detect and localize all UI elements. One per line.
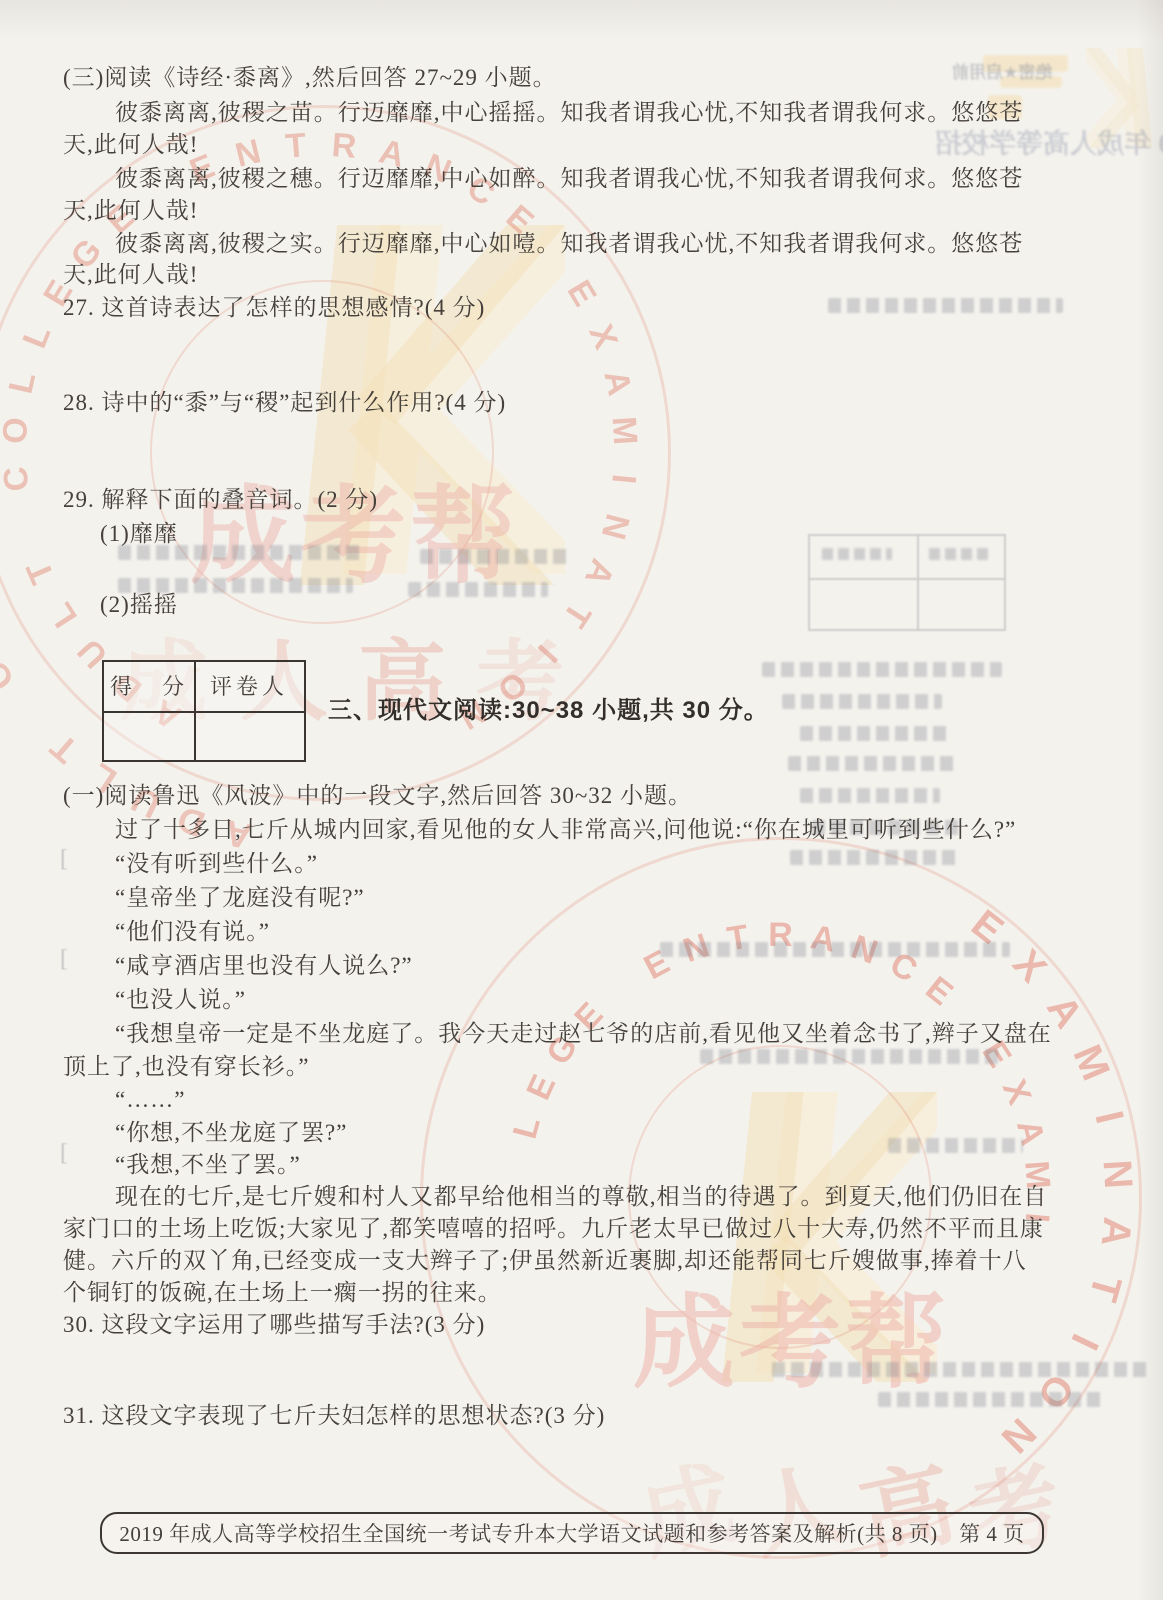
stamp-ring-letter: I bbox=[601, 453, 644, 504]
text-line: 30. 这段文字运用了哪些描写手法?(3 分) bbox=[63, 1311, 485, 1339]
stamp-ring-letter: T bbox=[33, 717, 97, 780]
stamp-ring-letter: A bbox=[571, 542, 626, 602]
ghost-text-line bbox=[788, 756, 958, 771]
stamp-ring-letter: C bbox=[0, 453, 39, 504]
ghost-text-line bbox=[878, 1392, 1103, 1407]
stamp-ring-letter: M bbox=[1061, 1032, 1121, 1094]
footer-text: 2019 年成人高等学校招生全国统一考试专升本大学语文试题和参考答案及解析(共 … bbox=[119, 1518, 1024, 1548]
stamp-ring-letter: T bbox=[547, 584, 606, 645]
stamp-inner-character: 人 bbox=[737, 1430, 854, 1578]
score-box-row-divider bbox=[104, 711, 304, 713]
page-footer: 2019 年成人高等学校招生全国统一考试专升本大学语文试题和参考答案及解析(共 … bbox=[100, 1512, 1044, 1554]
text-line: “他们没有说。” bbox=[115, 918, 270, 946]
text-line: 31. 这段文字表现了七斤夫妇怎样的思想状态?(3 分) bbox=[63, 1402, 605, 1430]
stamp-ring-letter: C bbox=[873, 939, 934, 996]
stamp-ring-letter: I bbox=[1054, 1310, 1115, 1373]
grader-label: 评卷人 bbox=[194, 670, 304, 701]
stamp-ring-letter: I bbox=[516, 622, 577, 684]
ghost-text-line bbox=[408, 582, 548, 597]
text-line: 现在的七斤,是七斤嫂和村人又都早给他相当的尊敬,相当的待遇了。到夏天,他们仍旧在… bbox=[115, 1183, 1047, 1211]
stamp-ring-letter: N bbox=[985, 1402, 1051, 1468]
stamp-ring-letter: N bbox=[835, 924, 893, 977]
text-line: (2)摇摇 bbox=[100, 591, 178, 619]
stamp-ring-letter: R bbox=[319, 125, 370, 168]
text-line: 过了十多日,七斤从城内回家,看见他的女人非常高兴,问他说:“你在城里可听到些什么… bbox=[115, 816, 1016, 844]
score-label: 得 分 bbox=[104, 670, 194, 701]
stamp-ring-letter: C bbox=[0, 645, 30, 708]
text-line: 天,此何人哉! bbox=[63, 131, 198, 159]
text-line: “也没人说。” bbox=[115, 986, 246, 1014]
ghost-bracket-mark: [ bbox=[60, 946, 68, 973]
section-three-header: 三、现代文阅读:30~38 小题,共 30 分。 bbox=[328, 690, 769, 725]
tan-bleed-mark bbox=[983, 55, 1068, 72]
ghost-text-line bbox=[800, 788, 940, 803]
stamp-ring-letter: A bbox=[796, 916, 850, 963]
text-line: 29. 解释下面的叠音词。(2 分) bbox=[63, 486, 378, 514]
ghost-cover-title: 2019 年成人高等学校招 bbox=[935, 122, 1163, 161]
ghost-text-line bbox=[420, 549, 570, 564]
stamp-ring-letter: X bbox=[989, 1062, 1044, 1122]
stamp-ring-letter: R bbox=[756, 916, 804, 955]
scanned-exam-page: ADULTCOLLEGEENTRANCEEXAMINATIONADULTCO成人… bbox=[0, 0, 1163, 1600]
ghost-text-line bbox=[772, 1362, 1152, 1377]
stamp-ring-letter: L bbox=[34, 584, 93, 645]
stamp-ring-letter: E bbox=[514, 1058, 569, 1118]
ghost-table-smudge bbox=[822, 548, 892, 560]
text-line: “我想,不坐了罢。” bbox=[115, 1151, 301, 1179]
stamp-ring-letter: A bbox=[593, 355, 642, 410]
stamp-ring-letter: A bbox=[1091, 1205, 1141, 1258]
text-line: (一)阅读鲁迅《风波》中的一段文字,然后回答 30~32 小题。 bbox=[63, 782, 692, 810]
ghost-secret-label: 绝密★启用前 bbox=[952, 58, 1052, 83]
ghost-score-table bbox=[808, 534, 1006, 631]
text-line: “没有听到些什么。” bbox=[115, 850, 318, 878]
stamp-ring-letter: E bbox=[908, 961, 970, 1021]
stamp-ring-letter: O bbox=[1023, 1359, 1087, 1424]
stamp-ring-letter: E bbox=[627, 937, 688, 994]
text-line: “我想皇帝一定是不坐龙庭了。我今天走过赵七爷的店前,看见他又坐着念书了,辫子又盘… bbox=[115, 1020, 1052, 1048]
text-line: 彼黍离离,彼稷之穗。行迈靡靡,中心如醉。知我者谓我心忧,不知我者谓我何求。悠悠苍 bbox=[115, 165, 1023, 193]
ghost-text-line bbox=[762, 662, 1002, 677]
text-line: 顶上了,也没有穿长衫。” bbox=[63, 1053, 309, 1081]
stamp-ring-letter: T bbox=[1076, 1259, 1132, 1317]
ghost-text-line bbox=[828, 298, 1063, 313]
stamp-ring-letter: T bbox=[711, 916, 764, 962]
ghost-text-line bbox=[800, 726, 950, 741]
text-line: 28. 诗中的“黍”与“稷”起到什么作用?(4 分) bbox=[63, 389, 506, 417]
stamp-ring-letter: X bbox=[576, 307, 630, 366]
stamp-ring-letter: T bbox=[14, 542, 69, 602]
stamp-ring-letter: L bbox=[0, 355, 47, 410]
ghost-table-border bbox=[808, 534, 1006, 631]
ghost-table-smudge bbox=[929, 548, 989, 560]
ghost-table-row-divider bbox=[808, 578, 1006, 580]
stamp-ring-letter: O bbox=[0, 405, 37, 455]
ghost-bracket-mark: [ bbox=[60, 1140, 68, 1167]
stamp-ring-letter: L bbox=[502, 1100, 552, 1156]
text-line: 27. 这首诗表达了怎样的思想感情?(4 分) bbox=[63, 294, 485, 322]
brand-watermark-text: 成考帮 bbox=[190, 452, 520, 604]
stamp-ring-letter: E bbox=[954, 895, 1020, 960]
text-line: “……” bbox=[115, 1086, 185, 1114]
brand-watermark-text: 成考帮 bbox=[633, 1262, 951, 1408]
text-line: 家门口的土场上吃饭;大家见了,都笑嘻嘻的招呼。九斤老太早已做过八十大寿,仍然不平… bbox=[63, 1215, 1044, 1243]
text-line: “你想,不坐龙庭了罢?” bbox=[115, 1119, 347, 1147]
stamp-ring-letter: E bbox=[552, 263, 610, 324]
ghost-text-line bbox=[782, 694, 942, 709]
text-line: 天,此何人哉! bbox=[63, 261, 198, 289]
tan-bleed-mark bbox=[1000, 76, 1062, 88]
stamp-ring-letter: X bbox=[996, 934, 1062, 1000]
stamp-ring-letter: N bbox=[590, 498, 640, 554]
ghost-text-line bbox=[888, 1138, 1023, 1153]
ghost-table-divider bbox=[917, 534, 919, 631]
text-line: “皇帝坐了龙庭没有呢?” bbox=[115, 884, 365, 912]
stamp-inner-character: 考 bbox=[955, 1430, 1072, 1578]
text-line: (1)靡靡 bbox=[100, 520, 178, 548]
stamp-ring-letter: N bbox=[667, 923, 725, 975]
stamp-inner-character: 成 bbox=[627, 1430, 744, 1578]
text-line: (三)阅读《诗经·黍离》,然后回答 27~29 小题。 bbox=[63, 64, 557, 92]
stamp-ring-letter: L bbox=[10, 307, 64, 366]
text-line: 彼黍离离,彼稷之苗。行迈靡靡,中心摇摇。知我者谓我心忧,不知我者谓我何求。悠悠苍 bbox=[115, 99, 1023, 127]
stamp-ring-letter: M bbox=[603, 405, 645, 455]
stamp-inner-ring bbox=[150, 280, 494, 624]
score-box: 得 分 评卷人 bbox=[102, 660, 306, 762]
ghost-text-line bbox=[790, 850, 960, 865]
text-line: “咸亨酒店里也没有人说么?” bbox=[115, 952, 413, 980]
text-line: 个铜钉的饭碗,在土场上一瘸一拐的往来。 bbox=[63, 1279, 502, 1307]
scan-shading-right bbox=[1137, 0, 1163, 1600]
brand-k-logo bbox=[1086, 48, 1152, 148]
stamp-ring-letter: I bbox=[1081, 1089, 1136, 1146]
k-logo-icon bbox=[1086, 48, 1152, 148]
ghost-text-line bbox=[700, 1049, 1000, 1064]
ghost-text-line bbox=[660, 942, 1010, 957]
text-line: 天,此何人哉! bbox=[63, 197, 198, 225]
text-line: 健。六斤的双丫角,已经变成一支大辫子了;伊虽然新近裹脚,却还能帮同七斤嫂做事,捧… bbox=[63, 1247, 1027, 1275]
stamp-ring-letter: T bbox=[270, 125, 321, 168]
stamp-ring-letter: N bbox=[1093, 1149, 1141, 1200]
stamp-inner-character: 高 bbox=[847, 1430, 964, 1578]
scan-shading-top bbox=[0, 0, 1163, 40]
ghost-bracket-mark: [ bbox=[60, 846, 68, 873]
stamp-ring-letter: O bbox=[0, 603, 3, 665]
stamp-ring-letter: A bbox=[1005, 1105, 1054, 1161]
text-line: 彼黍离离,彼稷之实。行迈靡靡,中心如噎。知我者谓我心忧,不知我者谓我何求。悠悠苍 bbox=[115, 230, 1023, 258]
